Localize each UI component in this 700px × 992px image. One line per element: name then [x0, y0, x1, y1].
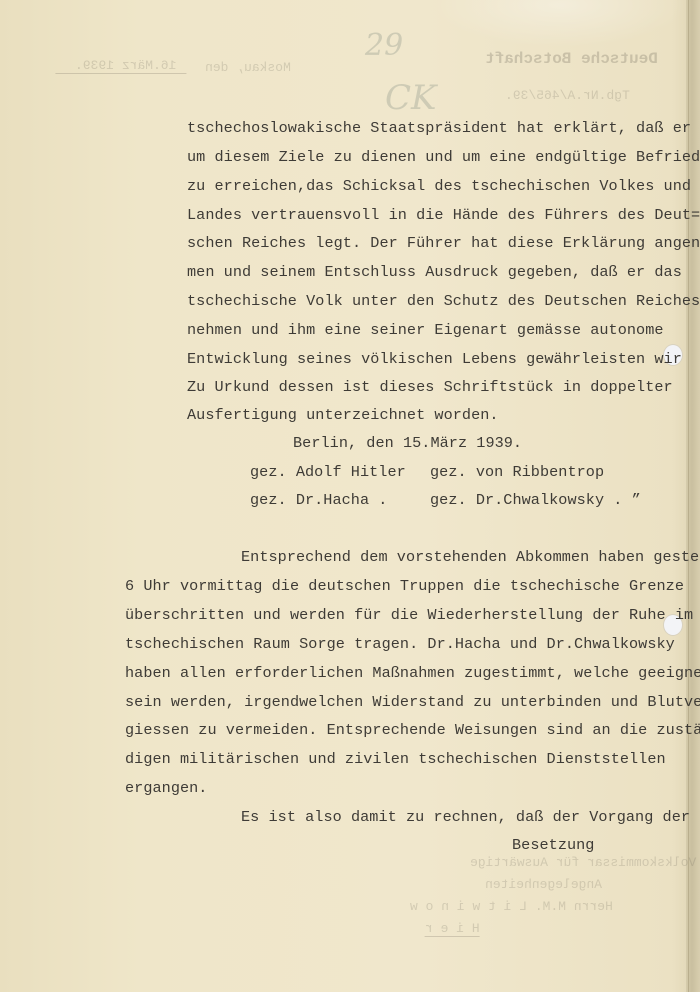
paragraph-1-line-3: zu erreichen,das Schicksal des tschechis…	[187, 177, 691, 195]
show-through-recipient-4: H i e r	[425, 921, 480, 937]
paragraph-1-line-6: men und seinem Entschluss Ausdruck gegeb…	[187, 263, 682, 281]
paragraph-1-line-4: Landes vertrauensvoll in die Hände des F…	[187, 206, 700, 224]
letterhead-institution: Deutsche Botschaft	[485, 50, 658, 68]
paragraph-2-line-4: tschechischen Raum Sorge tragen. Dr.Hach…	[125, 635, 675, 653]
letterhead-date: 16.März 1939.	[55, 58, 186, 74]
paragraph-1-line-10: Zu Urkund dessen ist dieses Schriftstück…	[187, 378, 673, 396]
signature-chwalkowsky: gez. Dr.Chwalkowsky . ”	[430, 491, 641, 509]
signature-hacha: gez. Dr.Hacha .	[250, 491, 387, 509]
paragraph-1-line-5: schen Reiches legt. Der Führer hat diese…	[187, 234, 700, 252]
paragraph-2-line-9: ergangen.	[125, 779, 207, 797]
show-through-recipient-3: Herrn M.M. L i t w i n o w	[410, 899, 613, 914]
letterhead-place: Moskau, den	[205, 60, 291, 75]
paragraph-2-line-6: sein werden, irgendwelchen Widerstand zu…	[125, 693, 700, 711]
paragraph-2-line-1: Entsprechend dem vorstehenden Abkommen h…	[241, 548, 700, 566]
show-through-recipient-2: Angelegenheiten	[485, 877, 602, 892]
signature-hitler: gez. Adolf Hitler	[250, 463, 406, 481]
paragraph-2-line-2: 6 Uhr vormittag die deutschen Truppen di…	[125, 577, 684, 595]
paragraph-1-line-8: nehmen und ihm eine seiner Eigenart gemä…	[187, 321, 664, 339]
paragraph-3-line-1: Es ist also damit zu rechnen, daß der Vo…	[241, 808, 690, 826]
paragraph-2-line-3: überschritten und werden für die Wiederh…	[125, 606, 693, 624]
paragraph-1-line-1: tschechoslowakische Staatspräsident hat …	[187, 119, 691, 137]
paragraph-2-line-7: giessen zu vermeiden. Entsprechende Weis…	[125, 721, 700, 739]
pencil-mark-corner	[18, 0, 26, 46]
letterhead-reference: Tgb.Nr.A/465/39.	[505, 88, 630, 103]
document-page: Deutsche Botschaft Tgb.Nr.A/465/39. Mosk…	[0, 0, 700, 992]
signing-place-date: Berlin, den 15.März 1939.	[293, 434, 522, 452]
paragraph-2-line-5: haben allen erforderlichen Maßnahmen zug…	[125, 664, 700, 682]
paragraph-1-line-7: tschechische Volk unter den Schutz des D…	[187, 292, 700, 310]
paragraph-2-line-8: digen militärischen und zivilen tschechi…	[125, 750, 666, 768]
pencil-mark-initials: CK	[385, 78, 436, 118]
show-through-recipient-1: Volkskommissar für Auswärtige	[470, 855, 696, 870]
pencil-mark-number: 29	[365, 28, 403, 63]
paragraph-1-line-11: Ausfertigung unterzeichnet worden.	[187, 406, 499, 424]
paragraph-1-line-2: um diesem Ziele zu dienen und um eine en…	[187, 148, 700, 166]
catchword: Besetzung	[512, 836, 594, 854]
signature-ribbentrop: gez. von Ribbentrop	[430, 463, 604, 481]
paragraph-1-line-9: Entwicklung seines völkischen Lebens gew…	[187, 350, 682, 368]
